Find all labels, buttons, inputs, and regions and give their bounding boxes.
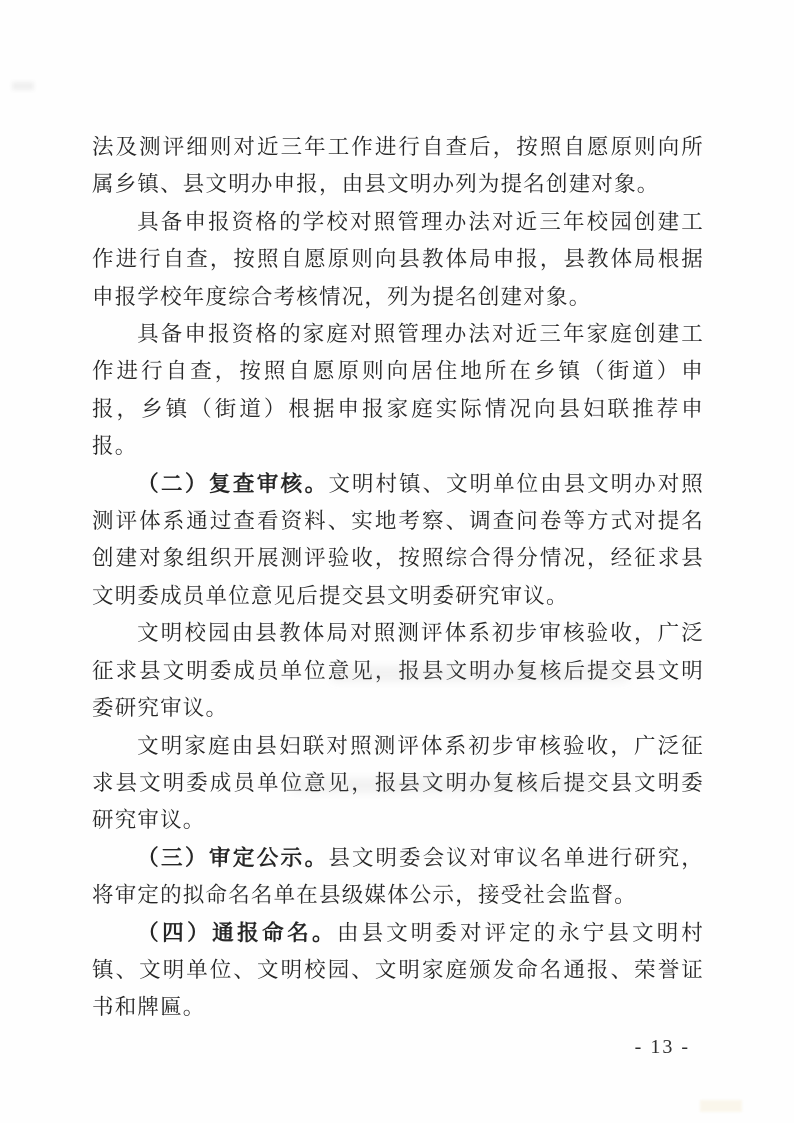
paragraph: 具备申报资格的家庭对照管理办法对近三年家庭创建工作进行自查，按照自愿原则向居住地… [92,316,704,466]
paragraph-section-2: （二）复查审核。文明村镇、文明单位由县文明办对照测评体系通过查看资料、实地考察、… [92,466,704,616]
section-heading-bold: （三）审定公示。 [137,846,328,870]
section-heading-bold: （二）复查审核。 [137,472,328,496]
paragraph: 具备申报资格的学校对照管理办法对近三年校园创建工作进行自查，按照自愿原则向县教体… [92,204,704,316]
scan-artifact [700,1100,742,1112]
paragraph-text: 文明家庭由县妇联对照测评体系初步审核验收，广泛征求县文明委成员单位意见，报县文明… [92,734,704,833]
paragraph-text: 法及测评细则对近三年工作进行自查后，按照自愿原则向所属乡镇、县文明办申报，由县文… [92,135,704,196]
document-page: 法及测评细则对近三年工作进行自查后，按照自愿原则向所属乡镇、县文明办申报，由县文… [0,0,794,1123]
paragraph-text: 具备申报资格的家庭对照管理办法对近三年家庭创建工作进行自查，按照自愿原则向居住地… [92,322,704,458]
paragraph-continuation: 法及测评细则对近三年工作进行自查后，按照自愿原则向所属乡镇、县文明办申报，由县文… [92,129,704,204]
paragraph: 文明校园由县教体局对照测评体系初步审核验收，广泛征求县文明委成员单位意见，报县文… [92,615,704,727]
paragraph: 文明家庭由县妇联对照测评体系初步审核验收，广泛征求县文明委成员单位意见，报县文明… [92,728,704,840]
page-number: - 13 - [635,1036,690,1059]
paragraph-text: 具备申报资格的学校对照管理办法对近三年校园创建工作进行自查，按照自愿原则向县教体… [92,210,704,309]
paragraph-section-3: （三）审定公示。县文明委会议对审议名单进行研究，将审定的拟命名名单在县级媒体公示… [92,840,704,915]
paragraph-text: 文明校园由县教体局对照测评体系初步审核验收，广泛征求县文明委成员单位意见，报县文… [92,621,704,720]
paragraph-section-4: （四）通报命名。由县文明委对评定的永宁县文明村镇、文明单位、文明校园、文明家庭颁… [92,915,704,1027]
section-heading-bold: （四）通报命名。 [137,921,337,945]
scan-smudge [12,82,34,90]
document-body: 法及测评细则对近三年工作进行自查后，按照自愿原则向所属乡镇、县文明办申报，由县文… [92,129,704,1027]
